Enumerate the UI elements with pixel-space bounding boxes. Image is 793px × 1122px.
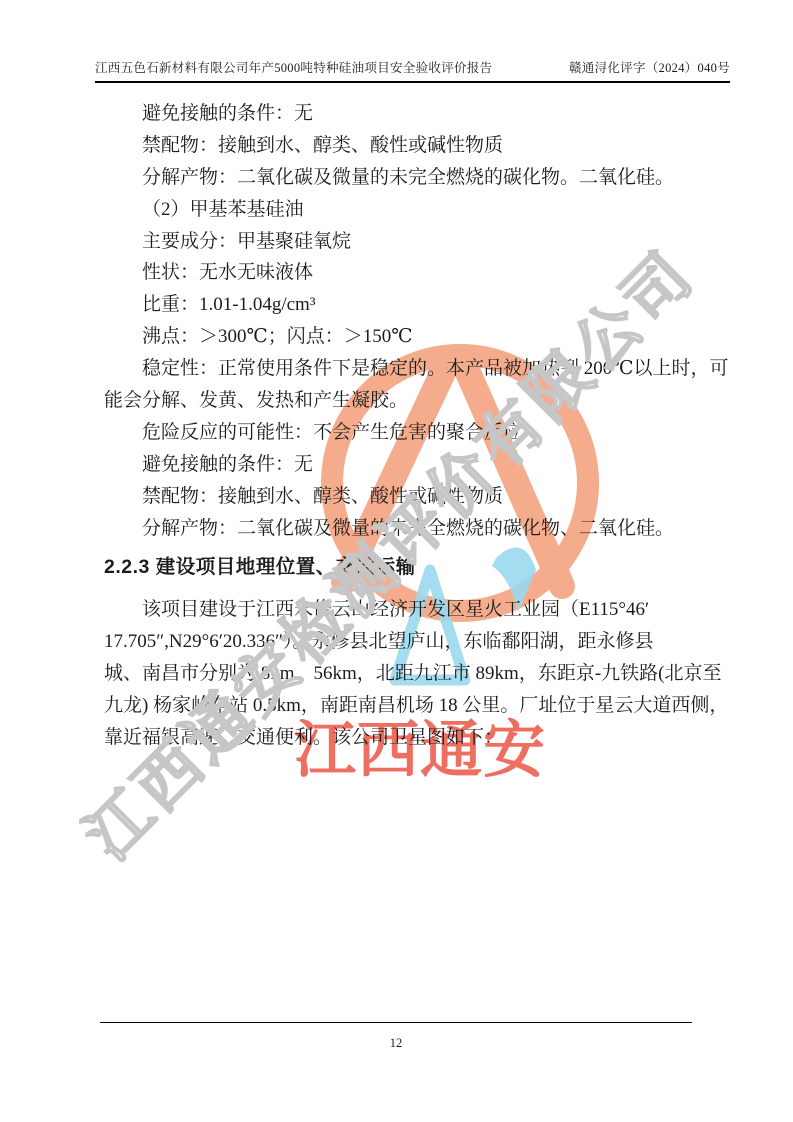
- body-text-line: 禁配物：接触到水、醇类、酸性或碱性物质: [104, 481, 720, 513]
- page-number: 12: [100, 1036, 692, 1051]
- document-text-layer: 江西五色石新材料有限公司年产5000吨特种硅油项目安全验收评价报告 赣通浔化评字…: [0, 0, 793, 1122]
- body-text-line: 主要成分：甲基聚硅氧烷: [104, 226, 720, 258]
- page-header: 江西五色石新材料有限公司年产5000吨特种硅油项目安全验收评价报告 赣通浔化评字…: [95, 58, 730, 83]
- report-page: { "header": { "left_title": "江西五色石新材料有限公…: [0, 0, 793, 1122]
- header-report-title: 江西五色石新材料有限公司年产5000吨特种硅油项目安全验收评价报告: [95, 58, 492, 76]
- body-text-line: 避免接触的条件：无: [104, 449, 720, 481]
- body-text-line: 分解产物：二氧化碳及微量的未完全燃烧的碳化物、二氧化硅。: [104, 513, 720, 545]
- body-text-line: 分解产物：二氧化碳及微量的未完全燃烧的碳化物。二氧化硅。: [104, 162, 720, 194]
- location-paragraph: 该项目建设于江西永修云山经济开发区星火工业园（E115°46′17.705″,N…: [104, 594, 720, 753]
- section-heading: 2.2.3 建设项目地理位置、交通运输: [104, 551, 720, 579]
- paragraph-line: 城、南昌市分别为 8km、56km，北距九江市 89km，东距京-九铁路(北京至: [104, 658, 720, 690]
- paragraph-line: 17.705″,N29°6′20.336″）。永修县北望庐山，东临鄱阳湖，距永修…: [104, 626, 720, 658]
- body-text-line: 性状：无水无味液体: [104, 257, 720, 289]
- body-text-line: （2）甲基苯基硅油: [104, 194, 720, 226]
- body-text-line: 沸点：＞300℃；闪点：＞150℃: [104, 321, 720, 353]
- body-text-line: 能会分解、发黄、发热和产生凝胶。: [104, 385, 720, 417]
- body-text-line: 避免接触的条件：无: [104, 98, 720, 130]
- paragraph-line: 靠近福银高速，交通便利。该公司卫星图如下：: [104, 722, 720, 754]
- paragraph-line: 九龙) 杨家岭车站 0.5km，南距南昌机场 18 公里。厂址位于星云大道西侧，: [104, 690, 720, 722]
- header-doc-number: 赣通浔化评字（2024）040号: [569, 58, 730, 76]
- body-text-line: 危险反应的可能性：不会产生危害的聚合反应: [104, 417, 720, 449]
- body-text-line: 禁配物：接触到水、醇类、酸性或碱性物质: [104, 130, 720, 162]
- footer-divider: [100, 1022, 692, 1023]
- body-text-line: 比重：1.01-1.04g/cm³: [104, 289, 720, 321]
- body-text-line: 稳定性：正常使用条件下是稳定的。本产品被加热到 200℃以上时，可: [104, 353, 720, 385]
- body-text-block: 避免接触的条件：无禁配物：接触到水、醇类、酸性或碱性物质分解产物：二氧化碳及微量…: [104, 98, 720, 544]
- paragraph-line: 该项目建设于江西永修云山经济开发区星火工业园（E115°46′: [104, 594, 720, 626]
